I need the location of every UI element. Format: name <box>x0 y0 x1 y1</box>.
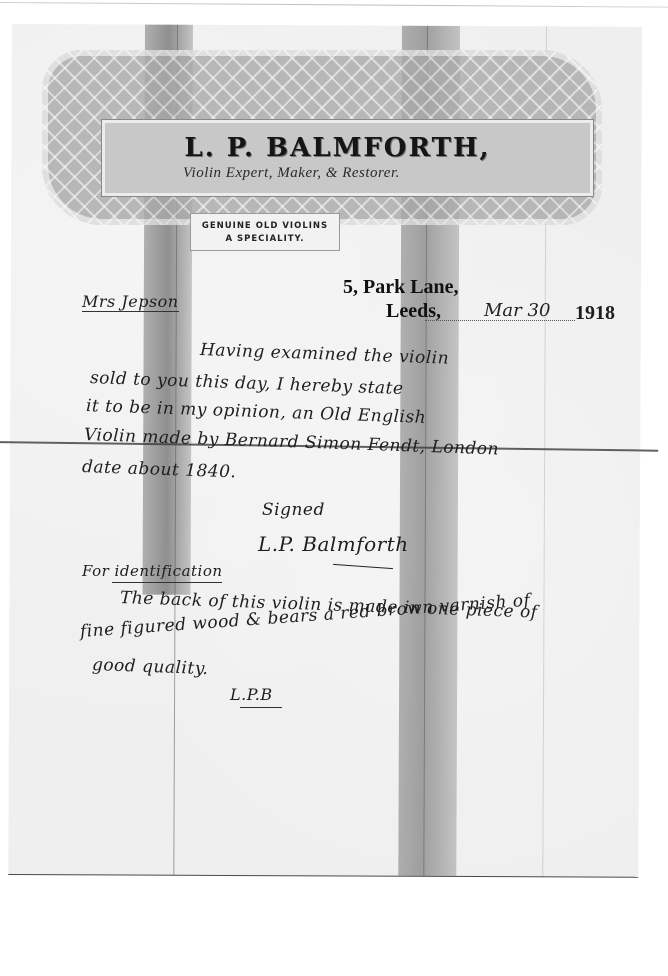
letterhead: L. P. BALMFORTH, Violin Expert, Maker, &… <box>22 20 602 260</box>
date-year: 1918 <box>575 302 615 325</box>
firm-tagline: Violin Expert, Maker, & Restorer. <box>183 165 400 182</box>
initials: L.P.B <box>230 685 273 704</box>
initials-underline <box>240 707 282 708</box>
signed-label: Signed <box>262 500 325 520</box>
identification-line: good quality. <box>92 655 209 679</box>
speciality-scroll: GENUINE OLD VIOLINS A SPECIALITY. <box>190 213 340 251</box>
identification-heading: For identification <box>82 562 223 580</box>
date-handwritten: Mar 30 <box>484 300 550 321</box>
address-street: 5, Park Lane, <box>343 275 459 299</box>
firm-name: L. P. BALMFORTH, <box>105 133 570 163</box>
identification-underline <box>112 582 222 583</box>
address-block: 5, Park Lane, Leeds, <box>343 275 459 323</box>
letterhead-banner: L. P. BALMFORTH, Violin Expert, Maker, &… <box>102 120 593 196</box>
scan-top-edge <box>0 2 668 8</box>
salutation: Mrs Jepson <box>82 292 179 312</box>
scroll-line: GENUINE OLD VIOLINS <box>191 220 339 233</box>
scroll-line: A SPECIALITY. <box>191 233 339 246</box>
signature: L.P. Balmforth <box>258 532 409 556</box>
